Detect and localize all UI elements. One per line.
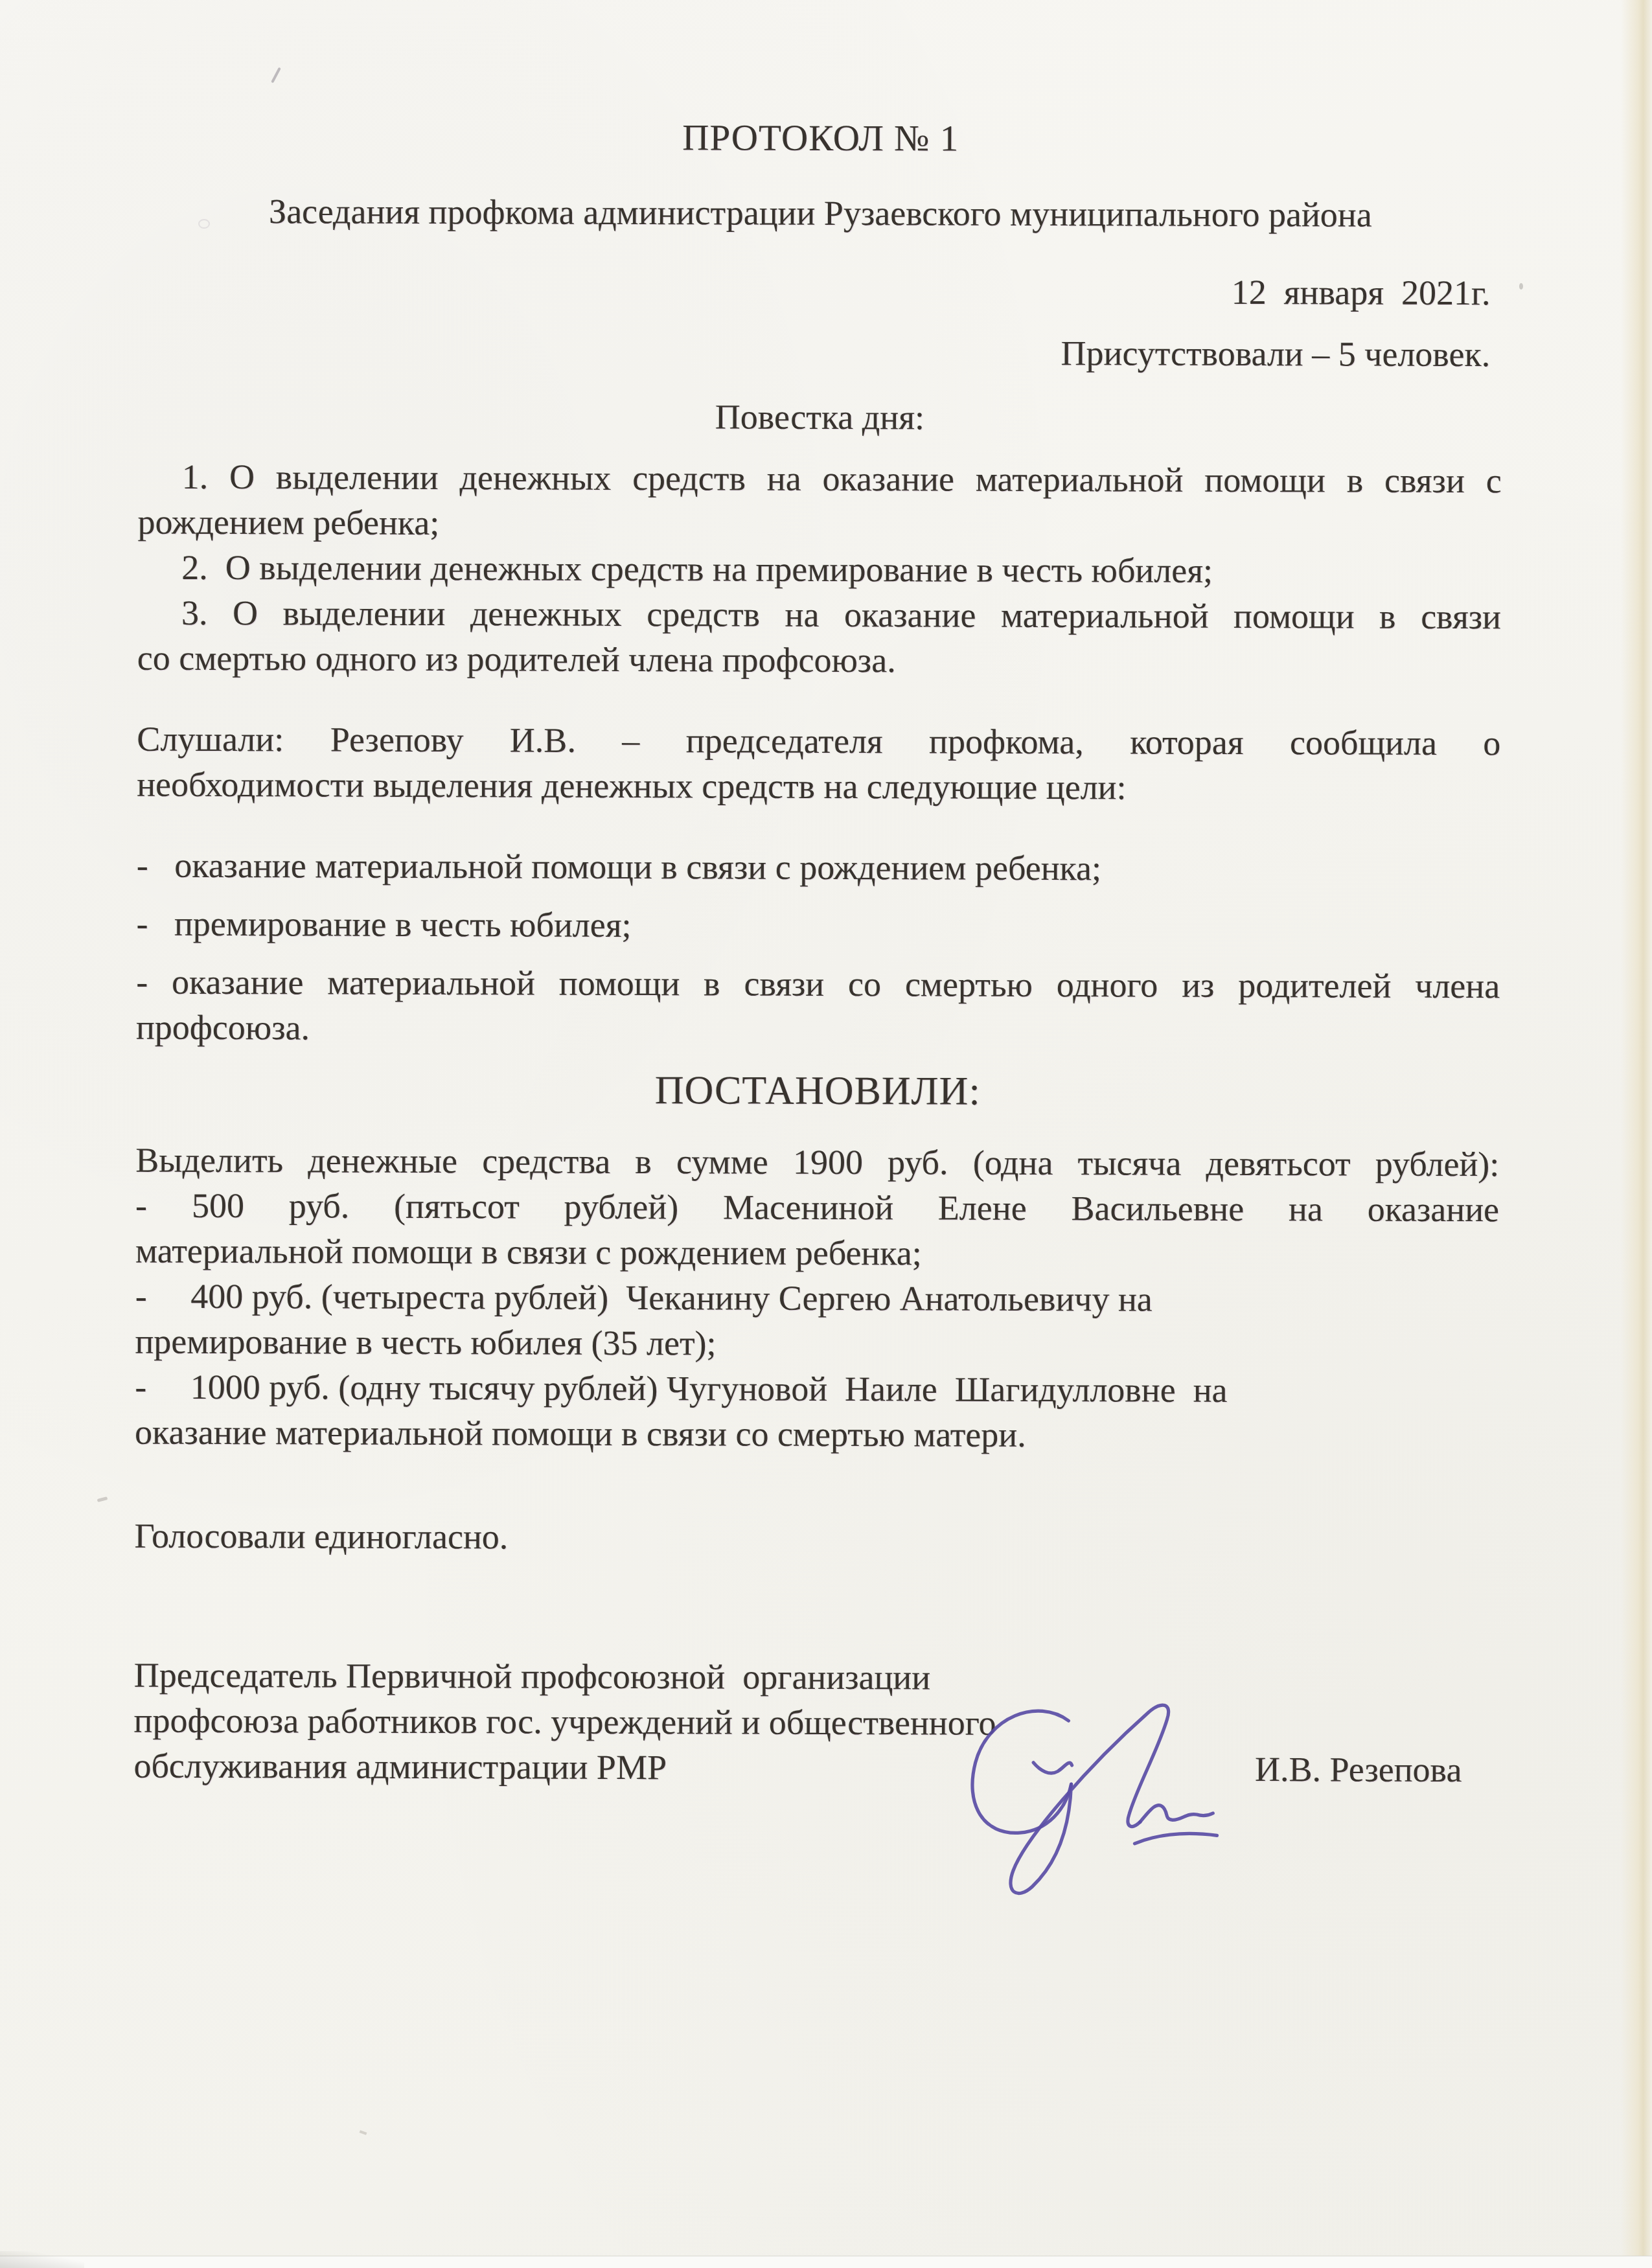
purpose-item-3: - оказание материальной помощи в связи с… — [136, 959, 1500, 1055]
resolution-header: ПОСТАНОВИЛИ: — [136, 1066, 1500, 1116]
agenda-item-1-line-1: 1. О выделении денежных средств на оказа… — [138, 454, 1502, 504]
scan-edge-bottom — [0, 2256, 1652, 2268]
heard-paragraph: Слушали: Резепову И.В. – председателя пр… — [137, 716, 1500, 812]
agenda-item-2-line-1: 2. О выделении денежных средств на преми… — [137, 545, 1501, 595]
purpose-item-2: - премирование в честь юбилея; — [136, 901, 1500, 951]
signature-stroke-hook — [1033, 1763, 1072, 1773]
resolution-item-2-line-2: премирование в честь юбилея (35 лет); — [135, 1319, 1498, 1369]
purpose-item-1: - оказание материальной помощи в связи с… — [137, 843, 1500, 893]
agenda-header: Повестка дня: — [138, 393, 1502, 442]
attendance-line: Присутствовали – 5 человек. — [138, 328, 1502, 378]
scan-speck — [1519, 283, 1523, 290]
agenda-item-1: 1. О выделении денежных средств на оказа… — [137, 454, 1501, 549]
resolution-intro: Выделить денежные средства в сумме 1900 … — [135, 1138, 1499, 1187]
voting-result: Голосовали единогласно. — [134, 1513, 1498, 1563]
scanned-document-page: ПРОТОКОЛ № 1 Заседания профкома админист… — [0, 0, 1652, 2268]
resolution-item-1-line-2: материальной помощи в связи с рождением … — [135, 1228, 1499, 1278]
agenda-item-3-line-1: 3. О выделении денежных средств на оказа… — [137, 590, 1501, 640]
signoff-line-2: профсоюза работников гос. учреждений и о… — [134, 1698, 1498, 1748]
agenda-item-1-line-2: рождением ребенка; — [137, 499, 1501, 549]
resolution-item-2: - 400 руб. (четыреста рублей) Чеканину С… — [135, 1274, 1498, 1369]
resolution-item-1: - 500 руб. (пятьсот рублей) Масениной Ел… — [135, 1183, 1499, 1278]
scan-corner-shadow — [0, 2251, 84, 2268]
agenda-item-3-line-2: со смертью одного из родителей члена про… — [137, 636, 1501, 685]
signer-name: И.В. Резепова — [1255, 1747, 1498, 1793]
resolution-item-3: - 1000 руб. (одну тысячу рублей) Чугунов… — [135, 1364, 1498, 1460]
heard-line-1: Слушали: Резепову И.В. – председателя пр… — [137, 716, 1500, 766]
signoff-line-1: Председатель Первичной профсоюзной орган… — [134, 1653, 1498, 1702]
agenda-item-3: 3. О выделении денежных средств на оказа… — [137, 590, 1501, 685]
scan-speck — [198, 219, 210, 229]
purpose-item-3-line-1: - оказание материальной помощи в связи с… — [136, 959, 1500, 1009]
document-title: ПРОТОКОЛ № 1 — [139, 114, 1502, 164]
signoff-line-3: обслуживания администрации РМР — [133, 1743, 667, 1791]
signoff-block: Председатель Первичной профсоюзной орган… — [133, 1653, 1498, 1793]
resolution-item-2-line-1: - 400 руб. (четыреста рублей) Чеканину С… — [135, 1274, 1499, 1323]
signoff-row: обслуживания администрации РМР И.В. Резе… — [133, 1743, 1497, 1793]
resolution-item-1-line-1: - 500 руб. (пятьсот рублей) Масениной Ел… — [135, 1183, 1499, 1233]
document-subtitle: Заседания профкома администрации Рузаевс… — [139, 189, 1502, 238]
scan-speck — [360, 2130, 367, 2135]
signature-ink — [936, 1684, 1254, 1927]
purpose-item-3-line-2: профсоюза. — [136, 1005, 1500, 1055]
resolution-item-3-line-1: - 1000 руб. (одну тысячу рублей) Чугунов… — [135, 1364, 1498, 1414]
signature-stroke-dash — [1134, 1834, 1217, 1844]
document-content: ПРОТОКОЛ № 1 Заседания профкома админист… — [0, 0, 1652, 1793]
document-date: 12 января 2021г. — [138, 266, 1502, 316]
signature-stroke-zigzag — [1140, 1805, 1213, 1822]
signature-stroke-loop — [1011, 1705, 1169, 1894]
resolution-item-3-line-2: оказание материальной помощи в связи со … — [135, 1410, 1498, 1460]
agenda-item-2: 2. О выделении денежных средств на преми… — [137, 545, 1501, 595]
heard-line-2: необходимости выделения денежных средств… — [137, 762, 1500, 812]
scan-edge-right — [1621, 0, 1652, 2268]
